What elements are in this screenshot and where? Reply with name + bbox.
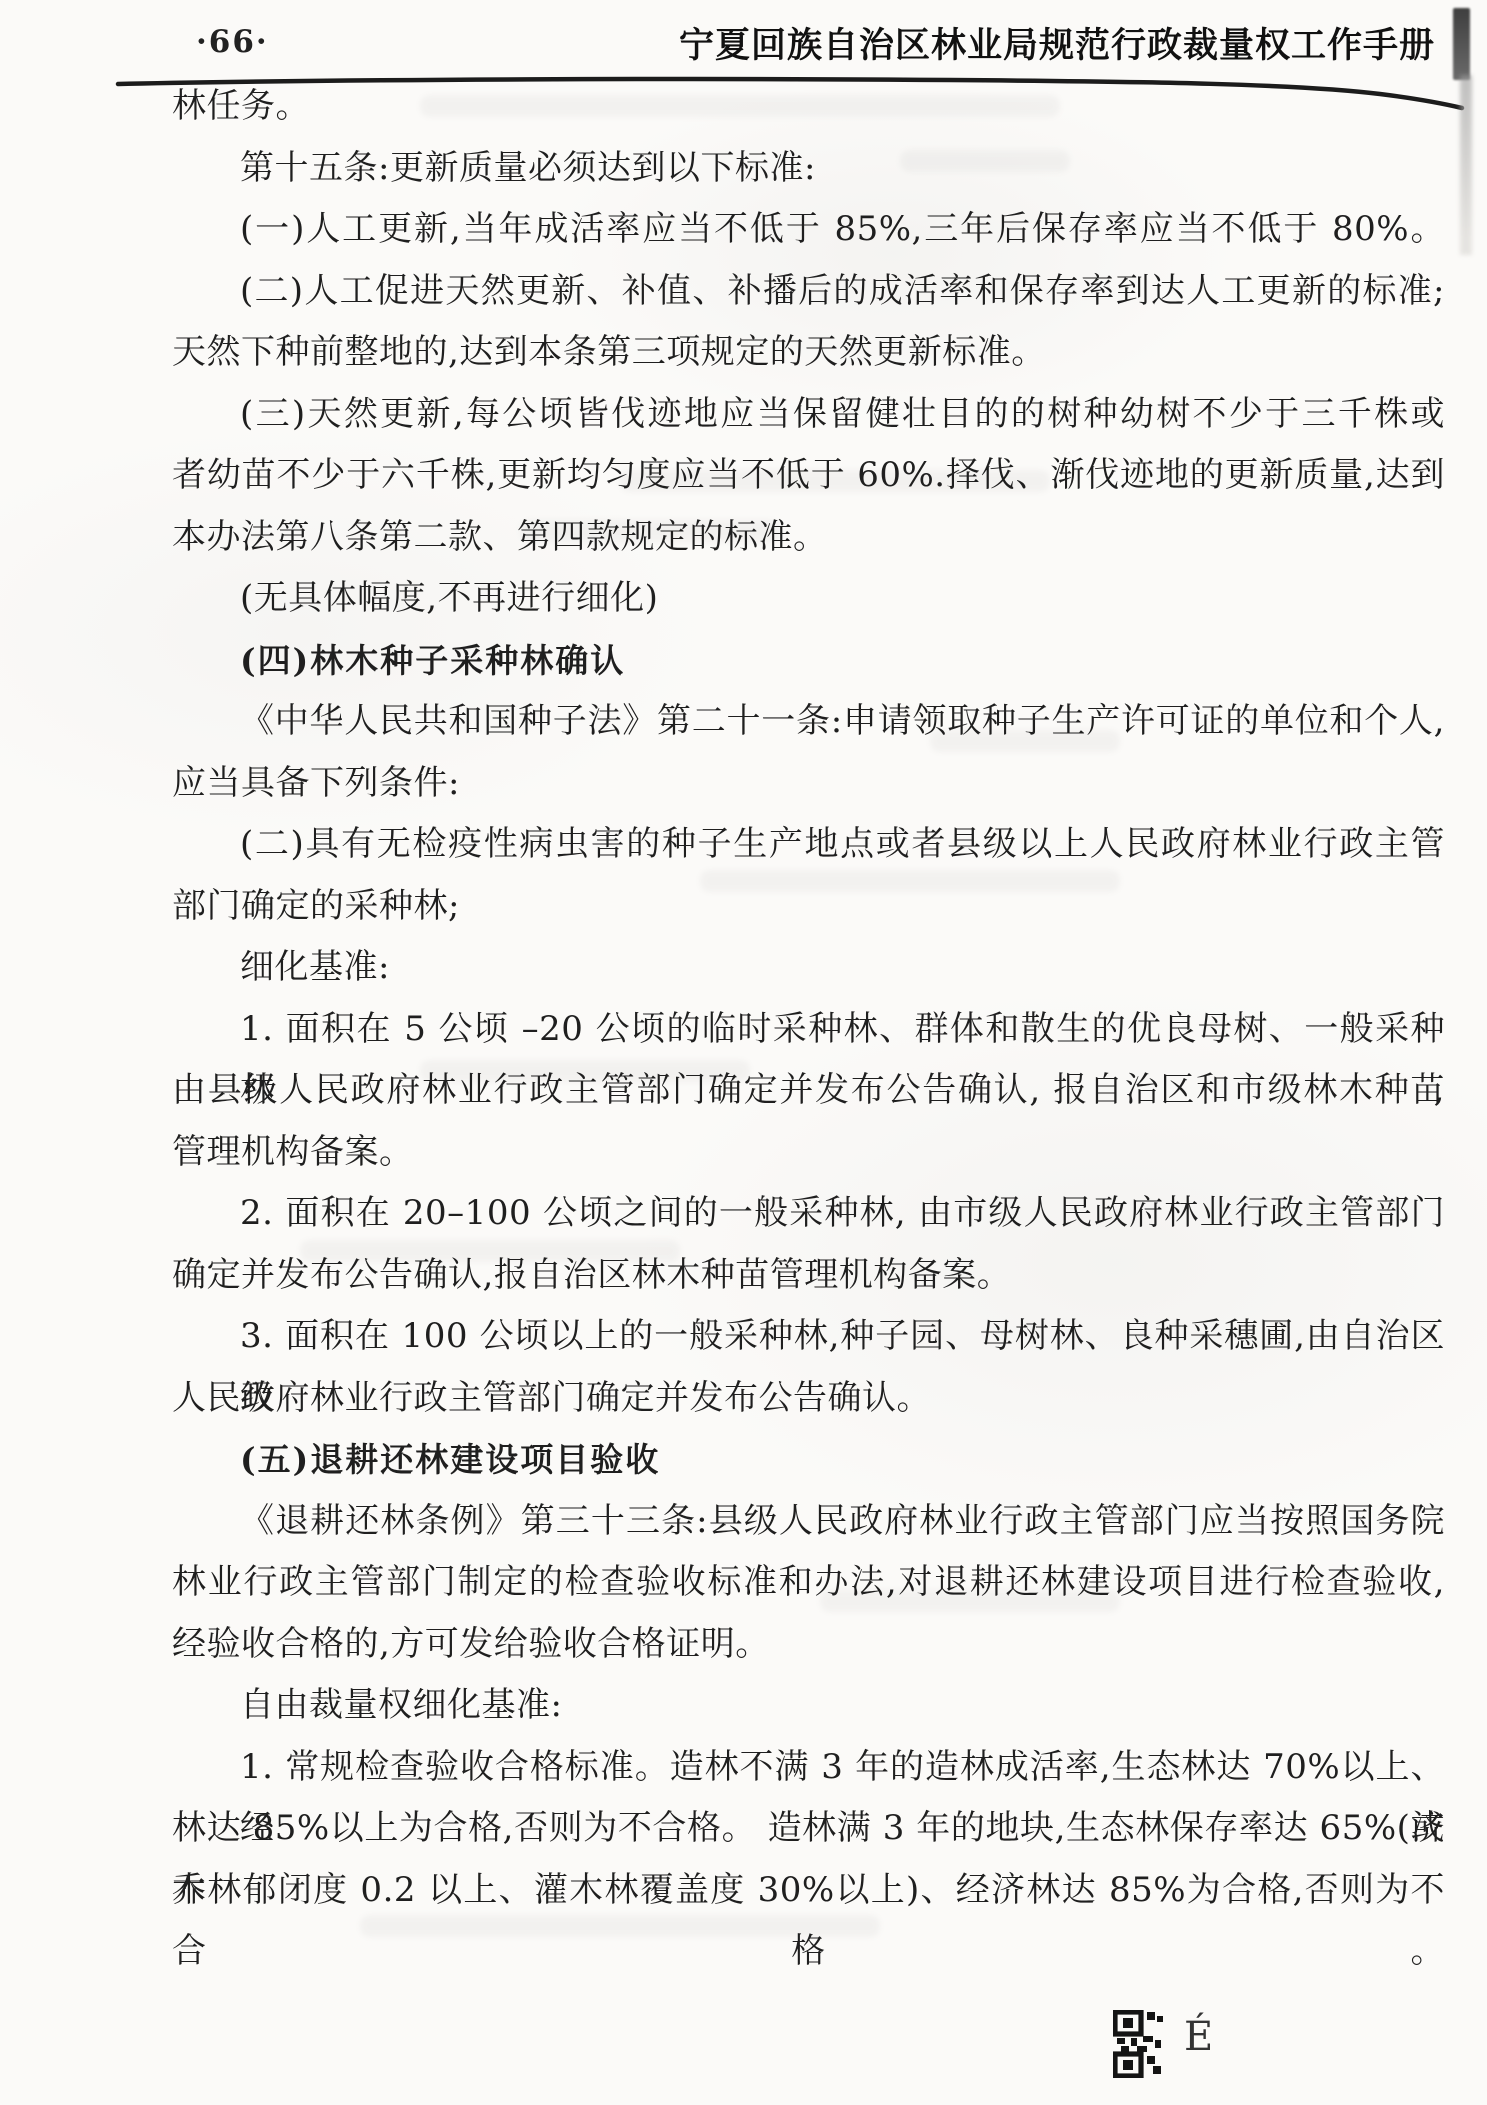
document-body: 林任务。第十五条:更新质量必须达到以下标准:(一)人工更新,当年成活率应当不低于… bbox=[172, 76, 1445, 1921]
text-line: 确定并发布公告确认,报自治区林木种苗管理机构备案。 bbox=[172, 1245, 1445, 1307]
scanned-document-page: ·66· 宁夏回族自治区林业局规范行政裁量权工作手册 林任务。第十五条:更新质量… bbox=[0, 0, 1487, 2105]
text-line: 林达 85%以上为合格,否则为不合格。 造林满 3 年的地块,生态林保存率达 6… bbox=[172, 1798, 1445, 1860]
text-line: 管理机构备案。 bbox=[172, 1122, 1445, 1184]
text-line: (一)人工更新,当年成活率应当不低于 85%,三年后保存率应当不低于 80%。 bbox=[172, 199, 1445, 261]
text-line: 者幼苗不少于六千株,更新均匀度应当不低于 60%.择伐、渐伐迹地的更新质量,达到 bbox=[172, 445, 1445, 507]
page-number: ·66· bbox=[196, 24, 269, 60]
text-line: 3. 面积在 100 公顷以上的一般采种林,种子园、母树林、良种采穗圃,由自治区… bbox=[172, 1306, 1445, 1368]
scan-edge-artifact-dark bbox=[1453, 8, 1470, 80]
text-line: 1. 面积在 5 公顷 –20 公顷的临时采种林、群体和散生的优良母树、一般采种… bbox=[172, 999, 1445, 1061]
footer-glyph: É bbox=[1184, 2014, 1213, 2060]
text-line: (四)林木种子采种林确认 bbox=[172, 630, 1445, 692]
text-line: 林任务。 bbox=[172, 76, 1445, 138]
scan-edge-artifact-light bbox=[1460, 75, 1472, 255]
text-line: (五)退耕还林建设项目验收 bbox=[172, 1429, 1445, 1491]
text-line: 人民政府林业行政主管部门确定并发布公告确认。 bbox=[172, 1368, 1445, 1430]
text-line: 由县级人民政府林业行政主管部门确定并发布公告确认, 报自治区和市级林木种苗 bbox=[172, 1060, 1445, 1122]
text-line: (三)天然更新,每公顷皆伐迹地应当保留健壮目的的树种幼树不少于三千株或 bbox=[172, 384, 1445, 446]
text-line: 天然下种前整地的,达到本条第三项规定的天然更新标准。 bbox=[172, 322, 1445, 384]
text-line: (二)人工促进天然更新、补值、补播后的成活率和保存率到达人工更新的标准; bbox=[172, 261, 1445, 323]
text-line: (二)具有无检疫性病虫害的种子生产地点或者县级以上人民政府林业行政主管 bbox=[172, 814, 1445, 876]
text-line: 木林郁闭度 0.2 以上、灌木林覆盖度 30%以上)、经济林达 85%为合格,否… bbox=[172, 1860, 1445, 1922]
text-line: 本办法第八条第二款、第四款规定的标准。 bbox=[172, 507, 1445, 569]
text-line: 1. 常规检查验收合格标准。造林不满 3 年的造林成活率,生态林达 70%以上、… bbox=[172, 1737, 1445, 1799]
text-line: 部门确定的采种林; bbox=[172, 876, 1445, 938]
qr-code-icon bbox=[1113, 2010, 1163, 2078]
text-line: 应当具备下列条件: bbox=[172, 753, 1445, 815]
text-line: 第十五条:更新质量必须达到以下标准: bbox=[172, 138, 1445, 200]
text-line: (无具体幅度,不再进行细化) bbox=[172, 568, 1445, 630]
text-line: 2. 面积在 20–100 公顷之间的一般采种林, 由市级人民政府林业行政主管部… bbox=[172, 1183, 1445, 1245]
text-line: 自由裁量权细化基准: bbox=[172, 1675, 1445, 1737]
header-title: 宁夏回族自治区林业局规范行政裁量权工作手册 bbox=[679, 18, 1435, 68]
text-line: 经验收合格的,方可发给验收合格证明。 bbox=[172, 1614, 1445, 1676]
text-line: 《中华人民共和国种子法》第二十一条:申请领取种子生产许可证的单位和个人, bbox=[172, 691, 1445, 753]
text-line: 细化基准: bbox=[172, 937, 1445, 999]
text-line: 《退耕还林条例》第三十三条:县级人民政府林业行政主管部门应当按照国务院 bbox=[172, 1491, 1445, 1553]
text-line: 林业行政主管部门制定的检查验收标准和办法,对退耕还林建设项目进行检查验收, bbox=[172, 1552, 1445, 1614]
